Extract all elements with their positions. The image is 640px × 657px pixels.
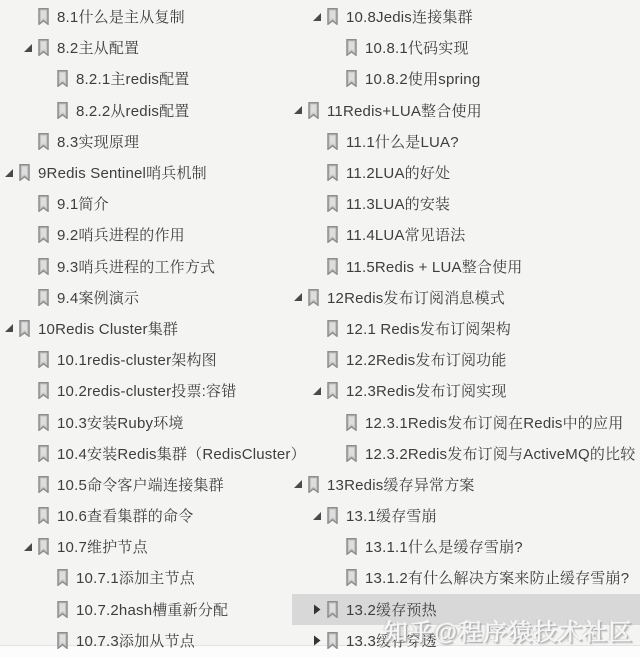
- tree-item[interactable]: 10.8.2使用spring: [292, 63, 640, 94]
- tree-item-label: 8.2.1主redis配置: [76, 68, 189, 89]
- tree-item[interactable]: 8.2.2从redis配置: [3, 95, 292, 126]
- tree-item-label: 9.1简介: [57, 193, 109, 214]
- tree-item[interactable]: 9Redis Sentinel哨兵机制: [3, 157, 292, 188]
- triangle-spacer: [311, 354, 322, 365]
- tree-item[interactable]: 11Redis+LUA整合使用: [292, 95, 640, 126]
- tree-item[interactable]: 8.2.1主redis配置: [3, 63, 292, 94]
- expanded-triangle-icon[interactable]: [292, 292, 303, 303]
- bookmark-icon: [37, 195, 50, 212]
- tree-item[interactable]: 10.7.2hash槽重新分配: [3, 594, 292, 625]
- triangle-spacer: [22, 510, 33, 521]
- tree-item-label: 13.1缓存雪崩: [346, 505, 437, 526]
- tree-item-label: 13.1.1什么是缓存雪崩?: [365, 536, 523, 557]
- tree-item[interactable]: 13.1.2有什么解决方案来防止缓存雪崩?: [292, 562, 640, 593]
- expanded-triangle-icon[interactable]: [22, 541, 33, 552]
- bookmark-icon: [37, 8, 50, 25]
- tree-item[interactable]: 11.1什么是LUA?: [292, 126, 640, 157]
- tree-item-label: 8.2.2从redis配置: [76, 100, 189, 121]
- expanded-triangle-icon[interactable]: [311, 510, 322, 521]
- triangle-spacer: [330, 417, 341, 428]
- tree-item-label: 12.3Redis发布订阅实现: [346, 380, 507, 401]
- triangle-spacer: [311, 198, 322, 209]
- expanded-triangle-icon[interactable]: [292, 105, 303, 116]
- tree-item[interactable]: 9.3哨兵进程的工作方式: [3, 251, 292, 282]
- triangle-spacer: [41, 604, 52, 615]
- tree-item[interactable]: 13.1.1什么是缓存雪崩?: [292, 531, 640, 562]
- triangle-spacer: [311, 323, 322, 334]
- tree-item[interactable]: 10.8Jedis连接集群: [292, 1, 640, 32]
- tree-item[interactable]: 9.1简介: [3, 188, 292, 219]
- bookmark-icon: [37, 538, 50, 555]
- tree-item[interactable]: 12.2Redis发布订阅功能: [292, 344, 640, 375]
- tree-item[interactable]: 13.3缓存穿透: [292, 625, 640, 656]
- tree-item-label: 10.8.2使用spring: [365, 68, 480, 89]
- bookmark-icon: [345, 70, 358, 87]
- bookmark-icon: [326, 632, 339, 649]
- tree-item-label: 13.3缓存穿透: [346, 630, 437, 651]
- bookmark-icon: [37, 445, 50, 462]
- bookmark-icon: [307, 476, 320, 493]
- tree-item[interactable]: 8.1什么是主从复制: [3, 1, 292, 32]
- bookmark-icon: [345, 39, 358, 56]
- tree-item[interactable]: 9.2哨兵进程的作用: [3, 219, 292, 250]
- tree-item-label: 10.7.1添加主节点: [76, 567, 195, 588]
- triangle-spacer: [22, 261, 33, 272]
- tree-item-label: 12.1 Redis发布订阅架构: [346, 318, 511, 339]
- expanded-triangle-icon[interactable]: [311, 385, 322, 396]
- tree-item[interactable]: 10.1redis-cluster架构图: [3, 344, 292, 375]
- bookmarks-panel: 8.1什么是主从复制8.2主从配置8.2.1主redis配置8.2.2从redi…: [0, 0, 640, 657]
- bookmark-icon: [326, 351, 339, 368]
- tree-item-label: 9.3哨兵进程的工作方式: [57, 256, 215, 277]
- tree-item-label: 9.4案例演示: [57, 287, 139, 308]
- tree-item[interactable]: 11.3LUA的安装: [292, 188, 640, 219]
- bookmark-icon: [326, 226, 339, 243]
- tree-item[interactable]: 13.2缓存预热: [292, 594, 640, 625]
- bookmark-icon: [37, 133, 50, 150]
- bookmark-icon: [18, 320, 31, 337]
- triangle-spacer: [22, 417, 33, 428]
- tree-item[interactable]: 9.4案例演示: [3, 282, 292, 313]
- triangle-spacer: [22, 354, 33, 365]
- bookmark-icon: [56, 102, 69, 119]
- tree-item-label: 10Redis Cluster集群: [38, 318, 178, 339]
- triangle-spacer: [22, 198, 33, 209]
- tree-item-label: 9Redis Sentinel哨兵机制: [38, 162, 207, 183]
- bookmark-icon: [37, 382, 50, 399]
- bookmark-icon: [345, 414, 358, 431]
- expanded-triangle-icon[interactable]: [3, 167, 14, 178]
- tree-item[interactable]: 10.2redis-cluster投票:容错: [3, 375, 292, 406]
- tree-item[interactable]: 11.4LUA常见语法: [292, 219, 640, 250]
- tree-item-label: 13Redis缓存异常方案: [327, 474, 475, 495]
- triangle-spacer: [330, 572, 341, 583]
- expanded-triangle-icon[interactable]: [3, 323, 14, 334]
- tree-item[interactable]: 12.3.1Redis发布订阅在Redis中的应用: [292, 406, 640, 437]
- tree-item-label: 10.6查看集群的命令: [57, 505, 193, 526]
- triangle-spacer: [41, 572, 52, 583]
- tree-item-label: 12.2Redis发布订阅功能: [346, 349, 507, 370]
- tree-item-label: 10.1redis-cluster架构图: [57, 349, 217, 370]
- bookmark-icon: [345, 569, 358, 586]
- bookmark-icon: [56, 70, 69, 87]
- tree-item[interactable]: 10.5命令客户端连接集群: [3, 469, 292, 500]
- triangle-spacer: [311, 136, 322, 147]
- bookmark-tree-column-left: 8.1什么是主从复制8.2主从配置8.2.1主redis配置8.2.2从redi…: [3, 1, 292, 656]
- bookmark-icon: [37, 289, 50, 306]
- tree-item-label: 11Redis+LUA整合使用: [327, 100, 482, 121]
- tree-item-label: 10.7.3添加从节点: [76, 630, 195, 651]
- tree-item-label: 11.2LUA的好处: [346, 162, 450, 183]
- bookmark-icon: [37, 226, 50, 243]
- tree-item-label: 10.2redis-cluster投票:容错: [57, 380, 236, 401]
- tree-item[interactable]: 8.3实现原理: [3, 126, 292, 157]
- bookmark-icon: [326, 8, 339, 25]
- triangle-spacer: [330, 448, 341, 459]
- tree-item[interactable]: 8.2主从配置: [3, 32, 292, 63]
- triangle-spacer: [311, 229, 322, 240]
- tree-item[interactable]: 10.7.3添加从节点: [3, 625, 292, 656]
- triangle-spacer: [22, 136, 33, 147]
- bookmark-tree-column-right: 10.8Jedis连接集群10.8.1代码实现10.8.2使用spring11R…: [292, 1, 640, 656]
- triangle-spacer: [22, 292, 33, 303]
- triangle-spacer: [330, 42, 341, 53]
- tree-item[interactable]: 10.6查看集群的命令: [3, 500, 292, 531]
- bookmark-icon: [37, 258, 50, 275]
- tree-item[interactable]: 12.3.2Redis发布订阅与ActiveMQ的比较: [292, 438, 640, 469]
- expanded-triangle-icon[interactable]: [311, 11, 322, 22]
- expanded-triangle-icon[interactable]: [292, 479, 303, 490]
- bookmark-icon: [307, 102, 320, 119]
- tree-item-label: 12.3.1Redis发布订阅在Redis中的应用: [365, 412, 623, 433]
- bookmark-icon: [37, 414, 50, 431]
- triangle-spacer: [22, 229, 33, 240]
- tree-item-label: 11.5Redis + LUA整合使用: [346, 256, 523, 277]
- expanded-triangle-icon[interactable]: [22, 42, 33, 53]
- tree-item-label: 11.3LUA的安装: [346, 193, 450, 214]
- bookmark-icon: [326, 382, 339, 399]
- tree-item-label: 10.7维护节点: [57, 536, 148, 557]
- triangle-spacer: [22, 11, 33, 22]
- bookmark-icon: [307, 289, 320, 306]
- collapsed-triangle-icon[interactable]: [311, 635, 322, 646]
- tree-item[interactable]: 10.8.1代码实现: [292, 32, 640, 63]
- tree-item-label: 11.4LUA常见语法: [346, 224, 465, 245]
- triangle-spacer: [22, 448, 33, 459]
- tree-item[interactable]: 12.1 Redis发布订阅架构: [292, 313, 640, 344]
- bookmark-icon: [37, 507, 50, 524]
- tree-item[interactable]: 11.2LUA的好处: [292, 157, 640, 188]
- bookmark-icon: [56, 569, 69, 586]
- triangle-spacer: [22, 479, 33, 490]
- bookmark-icon: [56, 601, 69, 618]
- tree-item[interactable]: 10.3安装Ruby环境: [3, 406, 292, 437]
- triangle-spacer: [330, 541, 341, 552]
- tree-item-label: 10.8.1代码实现: [365, 37, 469, 58]
- tree-item[interactable]: 10Redis Cluster集群: [3, 313, 292, 344]
- tree-item-label: 10.3安装Ruby环境: [57, 412, 184, 433]
- tree-item[interactable]: 10.4安装Redis集群（RedisCluster）: [3, 438, 292, 469]
- bookmark-icon: [345, 445, 358, 462]
- bookmark-icon: [37, 351, 50, 368]
- tree-item[interactable]: 10.7.1添加主节点: [3, 562, 292, 593]
- tree-item-label: 9.2哨兵进程的作用: [57, 224, 185, 245]
- tree-item[interactable]: 13.1缓存雪崩: [292, 500, 640, 531]
- tree-item-label: 10.7.2hash槽重新分配: [76, 599, 228, 620]
- bookmark-icon: [326, 195, 339, 212]
- bookmark-icon: [56, 632, 69, 649]
- tree-item-label: 12Redis发布订阅消息模式: [327, 287, 505, 308]
- bookmark-icon: [326, 258, 339, 275]
- bookmark-icon: [18, 164, 31, 181]
- tree-item[interactable]: 12.3Redis发布订阅实现: [292, 375, 640, 406]
- tree-item[interactable]: 13Redis缓存异常方案: [292, 469, 640, 500]
- tree-item-label: 8.2主从配置: [57, 37, 139, 58]
- bookmark-icon: [326, 601, 339, 618]
- bookmark-icon: [326, 133, 339, 150]
- bookmark-icon: [345, 538, 358, 555]
- bookmark-icon: [326, 320, 339, 337]
- triangle-spacer: [41, 635, 52, 646]
- triangle-spacer: [311, 261, 322, 272]
- tree-item-label: 11.1什么是LUA?: [346, 131, 459, 152]
- tree-item[interactable]: 12Redis发布订阅消息模式: [292, 282, 640, 313]
- tree-item[interactable]: 10.7维护节点: [3, 531, 292, 562]
- tree-item-label: 12.3.2Redis发布订阅与ActiveMQ的比较: [365, 443, 635, 464]
- tree-item-label: 13.1.2有什么解决方案来防止缓存雪崩?: [365, 567, 629, 588]
- tree-item-label: 10.8Jedis连接集群: [346, 6, 473, 27]
- bookmark-icon: [326, 164, 339, 181]
- tree-item-label: 8.1什么是主从复制: [57, 6, 185, 27]
- bookmark-icon: [326, 507, 339, 524]
- bookmark-icon: [37, 39, 50, 56]
- tree-item-label: 8.3实现原理: [57, 131, 139, 152]
- tree-item[interactable]: 11.5Redis + LUA整合使用: [292, 251, 640, 282]
- collapsed-triangle-icon[interactable]: [311, 604, 322, 615]
- triangle-spacer: [311, 167, 322, 178]
- tree-item-label: 10.4安装Redis集群（RedisCluster）: [57, 443, 306, 464]
- bookmark-icon: [37, 476, 50, 493]
- triangle-spacer: [41, 73, 52, 84]
- triangle-spacer: [330, 73, 341, 84]
- tree-item-label: 10.5命令客户端连接集群: [57, 474, 224, 495]
- triangle-spacer: [22, 385, 33, 396]
- triangle-spacer: [41, 105, 52, 116]
- tree-item-label: 13.2缓存预热: [346, 599, 437, 620]
